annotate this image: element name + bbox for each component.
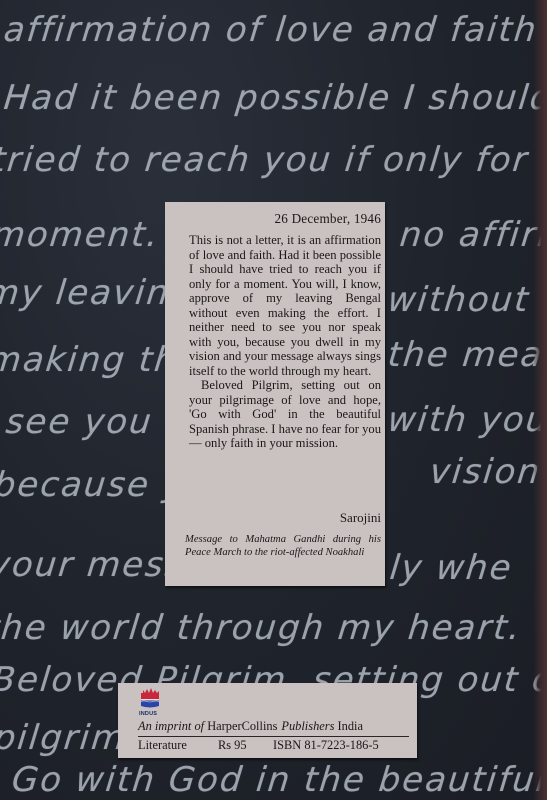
imprint-publishers-word: Publishers (281, 719, 334, 733)
handwriting-line-6: see you (4, 402, 155, 442)
imprint-line: An imprint of HarperCollinsPublishers In… (138, 719, 363, 734)
book-price: Rs 95 (218, 738, 247, 753)
letter-paragraph-2: Beloved Pilgrim, setting out on your pil… (189, 378, 381, 451)
cover-spine-edge (533, 0, 547, 800)
handwriting-fragment-1: without eve (386, 280, 547, 320)
handwriting-line-3: moment. (0, 215, 162, 255)
letter-caption: Message to Mahatma Gandhi during his Pea… (185, 533, 381, 559)
handwriting-fragment-3: with you — (386, 400, 547, 440)
imprint-country: India (338, 719, 363, 733)
book-isbn: ISBN 81-7223-186-5 (273, 738, 379, 753)
handwriting-fragment-4: vision (428, 452, 543, 492)
letter-card: 26 December, 1946 This is not a letter, … (165, 202, 385, 586)
indus-logo-icon (140, 687, 160, 713)
imprint-publisher: HarperCollins (207, 719, 277, 733)
handwriting-fragment-5: ly whe (388, 548, 515, 588)
handwriting-line-9: the world through my heart. (0, 608, 524, 648)
letter-body: This is not a letter, it is an affirmati… (189, 233, 381, 451)
handwriting-line-2: tried to reach you if only for a (0, 140, 547, 180)
handwriting-fragment-2: the mea (386, 335, 546, 375)
publisher-label: INDUS An imprint of HarperCollinsPublish… (118, 683, 417, 758)
label-divider (138, 736, 409, 737)
handwriting-line-0: affirmation of love and faith (2, 10, 540, 50)
letter-signature: Sarojini (340, 510, 381, 526)
letter-date: 26 December, 1946 (274, 211, 381, 227)
handwriting-line-1: Had it been possible I should have (2, 78, 547, 118)
imprint-prefix: An imprint of (138, 719, 204, 733)
handwriting-line-12: Go with God in the beautiful Spanish (10, 760, 547, 800)
letter-paragraph-1: This is not a letter, it is an affirmati… (189, 233, 381, 378)
indus-logo-text: INDUS (139, 711, 157, 717)
book-category: Literature (138, 738, 187, 753)
handwriting-fragment-0: no affirm (398, 215, 547, 255)
